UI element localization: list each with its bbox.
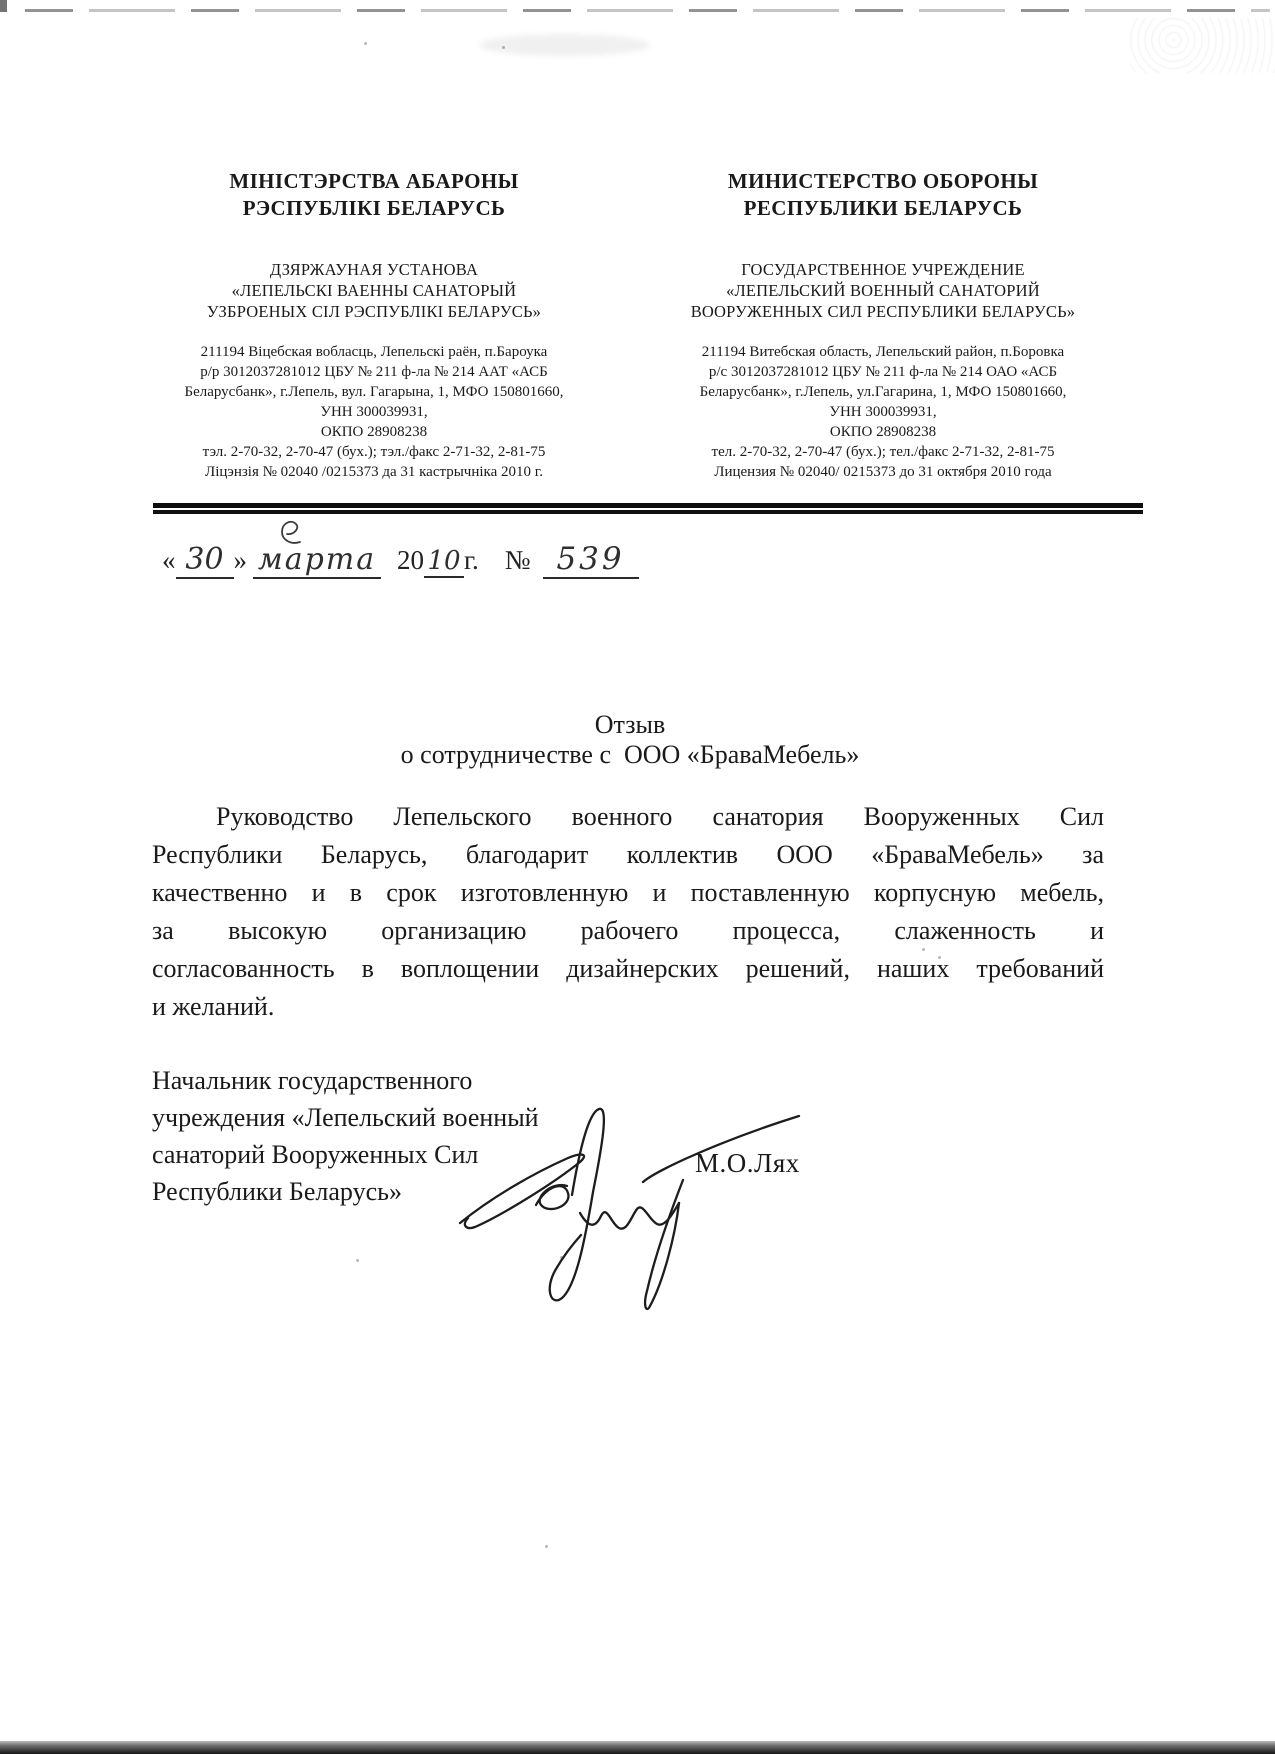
detail-line: р/с 3012037281012 ЦБУ № 211 ф-ла № 214 О… xyxy=(628,362,1138,382)
detail-line: Беларусбанк», г.Лепель, ул.Гагарина, 1, … xyxy=(628,382,1138,402)
body-line: за высокую организацию рабочего процесса… xyxy=(152,912,1104,950)
document-title: Отзыв о сотрудничестве с ООО «БраваМебел… xyxy=(155,710,1105,770)
contact-details-ru: 211194 Витебская область, Лепельский рай… xyxy=(628,342,1138,482)
detail-line: 211194 Віцебская вобласць, Лепельскі раё… xyxy=(150,342,598,362)
detail-line: УНН 300039931, xyxy=(628,402,1138,422)
letterhead-left-column: МІНІСТЭРСТВА АБАРОНЫ РЭСПУБЛІКІ БЕЛАРУСЬ… xyxy=(150,168,598,482)
month-handwritten: марта xyxy=(258,542,376,577)
year-suffix: г. xyxy=(464,545,479,575)
org-line: «ЛЕПЕЛЬСКИЙ ВОЕННЫЙ САНАТОРИЙ xyxy=(628,280,1138,301)
scan-smudge xyxy=(480,34,650,56)
letterhead-right-column: МИНИСТЕРСТВО ОБОРОНЫ РЕСПУБЛИКИ БЕЛАРУСЬ… xyxy=(628,168,1138,482)
scan-speck xyxy=(545,1545,548,1548)
title-line1: Отзыв xyxy=(155,710,1105,740)
organization-name-by: ДЗЯРЖАУНАЯ УСТАНОВА «ЛЕПЕЛЬСКІ ВАЕННЫ СА… xyxy=(150,259,598,322)
number-sign: № xyxy=(505,545,531,575)
scan-corner-mark xyxy=(0,0,7,12)
scan-noise xyxy=(1130,18,1275,73)
year-handwritten: 10 xyxy=(427,546,460,576)
org-line: ГОСУДАРСТВЕННОЕ УЧРЕЖДЕНИЕ xyxy=(628,259,1138,280)
scan-edge-line xyxy=(25,9,1270,12)
org-line: «ЛЕПЕЛЬСКІ ВАЕННЫ САНАТОРЫЙ xyxy=(150,280,598,301)
ministry-line: РЕСПУБЛИКИ БЕЛАРУСЬ xyxy=(628,195,1138,222)
body-paragraph: Руководство Лепельского военного санатор… xyxy=(152,798,1104,1026)
scan-speck xyxy=(502,46,505,49)
ministry-name-by: МІНІСТЭРСТВА АБАРОНЫ РЭСПУБЛІКІ БЕЛАРУСЬ xyxy=(150,168,598,222)
detail-line: ОКПО 28908238 xyxy=(628,422,1138,442)
detail-line: Беларусбанк», г.Лепель, вул. Гагарына, 1… xyxy=(150,382,598,402)
detail-line: 211194 Витебская область, Лепельский рай… xyxy=(628,342,1138,362)
contact-details-by: 211194 Віцебская вобласць, Лепельскі раё… xyxy=(150,342,598,482)
org-line: ВООРУЖЕННЫХ СИЛ РЕСПУБЛИКИ БЕЛАРУСЬ» xyxy=(628,301,1138,322)
detail-line: тэл. 2-70-32, 2-70-47 (бух.); тэл./факс … xyxy=(150,442,598,462)
ministry-line: РЭСПУБЛІКІ БЕЛАРУСЬ xyxy=(150,195,598,222)
ministry-line: МИНИСТЕРСТВО ОБОРОНЫ xyxy=(628,168,1138,195)
body-line: качественно и в срок изготовленную и пос… xyxy=(152,874,1104,912)
detail-line: р/р 3012037281012 ЦБУ № 211 ф-ла № 214 А… xyxy=(150,362,598,382)
letterhead-divider-rule xyxy=(153,503,1143,515)
number-handwritten: 539 xyxy=(556,541,624,577)
title-line2: о сотрудничестве с ООО «БраваМебель» xyxy=(155,740,1105,770)
close-quote: » xyxy=(234,545,248,575)
detail-line: Ліцэнзія № 02040 /0215373 да 31 кастрычн… xyxy=(150,462,598,482)
detail-line: ОКПО 28908238 xyxy=(150,422,598,442)
body-line: согласованность в воплощении дизайнерски… xyxy=(152,950,1104,988)
day-handwritten: 30 xyxy=(185,542,223,577)
open-quote: « xyxy=(162,545,176,575)
signatory-name: М.О.Лях xyxy=(695,1148,800,1179)
body-line: Республики Беларусь, благодарит коллекти… xyxy=(152,836,1104,874)
scan-speck xyxy=(356,1259,359,1262)
detail-line: тел. 2-70-32, 2-70-47 (бух.); тел./факс … xyxy=(628,442,1138,462)
org-line: ДЗЯРЖАУНАЯ УСТАНОВА xyxy=(150,259,598,280)
detail-line: УНН 300039931, xyxy=(150,402,598,422)
organization-name-ru: ГОСУДАРСТВЕННОЕ УЧРЕЖДЕНИЕ «ЛЕПЕЛЬСКИЙ В… xyxy=(628,259,1138,322)
org-line: УЗБРОЕНЫХ СІЛ РЭСПУБЛІКІ БЕЛАРУСЬ» xyxy=(150,301,598,322)
divider-bar xyxy=(153,510,1143,514)
detail-line: Лицензия № 02040/ 0215373 до 31 октября … xyxy=(628,462,1138,482)
handwritten-signature-icon xyxy=(430,1085,830,1330)
year-prefix: 20 xyxy=(397,545,424,575)
ministry-line: МІНІСТЭРСТВА АБАРОНЫ xyxy=(150,168,598,195)
reference-line: «30»марта2010г.№539 xyxy=(162,541,639,579)
body-line: и желаний. xyxy=(152,988,1104,1026)
scan-speck xyxy=(364,42,367,45)
body-line: Руководство Лепельского военного санатор… xyxy=(152,798,1104,836)
divider-bar xyxy=(153,503,1143,508)
ministry-name-ru: МИНИСТЕРСТВО ОБОРОНЫ РЕСПУБЛИКИ БЕЛАРУСЬ xyxy=(628,168,1138,222)
scan-bottom-edge xyxy=(0,1741,1275,1754)
